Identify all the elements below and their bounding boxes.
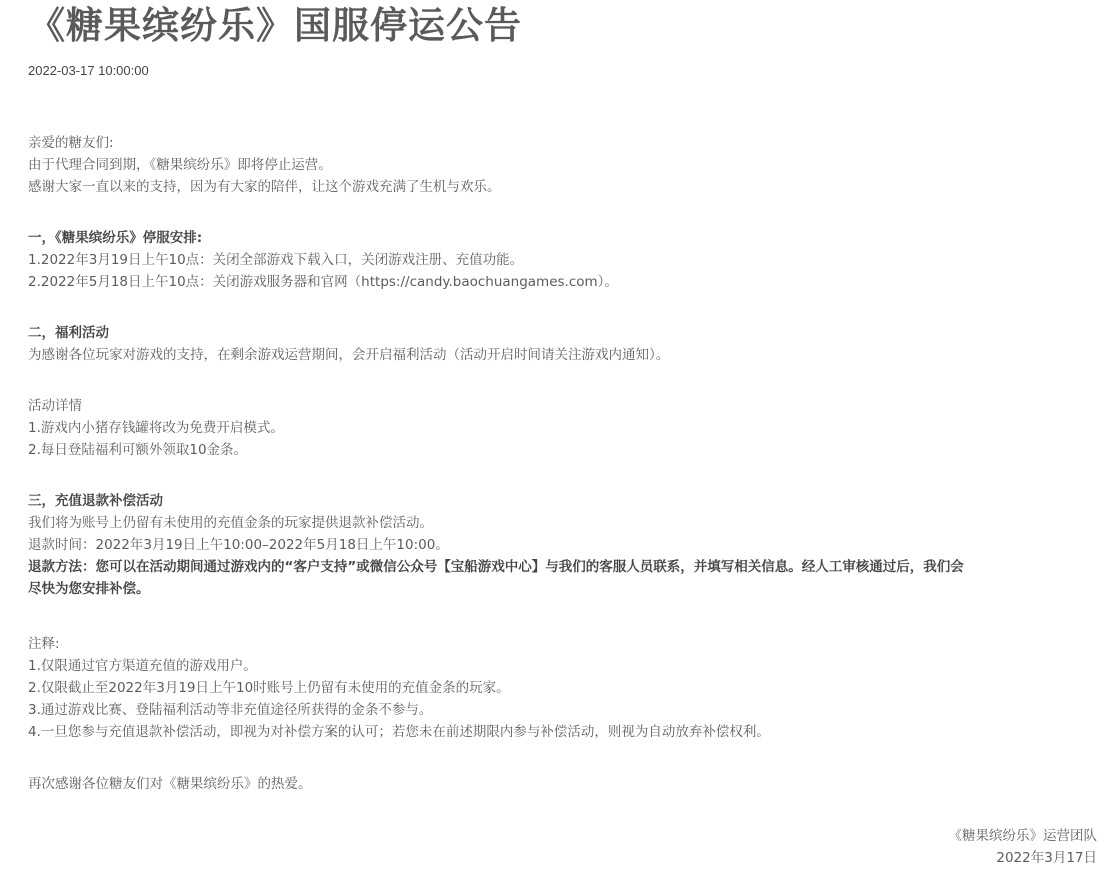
section-1-item: 2.2022年5月18日上午10点：关闭游戏服务器和官网（https://can… [28, 271, 618, 293]
note-item: 4.一旦您参与充值退款补偿活动，即视为对补偿方案的认可；若您未在前述期限内参与补… [28, 721, 770, 743]
section-3-body: 我们将为账号上仍留有未使用的充值金条的玩家提供退款补偿活动。 [28, 512, 433, 534]
note-item: 1.仅限通过官方渠道充值的游戏用户。 [28, 655, 257, 677]
greeting: 亲爱的糖友们: [28, 132, 114, 154]
announcement-page: 《糖果缤纷乐》国服停运公告 2022-03-17 10:00:00 亲爱的糖友们… [0, 0, 1111, 890]
refund-method-line-2: 尽快为您安排补偿。 [28, 578, 150, 600]
refund-method-line-1: 退款方法：您可以在活动期间通过游戏内的“客户支持”或微信公众号【宝船游戏中心】与… [28, 556, 964, 578]
activity-details-label: 活动详情 [28, 395, 82, 417]
section-2-heading: 二，福利活动 [28, 322, 109, 344]
publish-datetime: 2022-03-17 10:00:00 [28, 62, 149, 80]
section-1-item: 1.2022年3月19日上午10点：关闭全部游戏下载入口，关闭游戏注册、充值功能… [28, 249, 523, 271]
section-1-heading: 一，《糖果缤纷乐》停服安排: [28, 227, 202, 249]
closing-line: 再次感谢各位糖友们对《糖果缤纷乐》的热爱。 [28, 773, 312, 795]
activity-detail-item: 2.每日登陆福利可额外领取10金条。 [28, 439, 247, 461]
section-3-heading: 三，充值退款补偿活动 [28, 490, 163, 512]
signature-date: 2022年3月17日 [996, 847, 1097, 869]
intro-line-1: 由于代理合同到期，《糖果缤纷乐》即将停止运营。 [28, 154, 332, 176]
note-item: 3.通过游戏比赛、登陆福利活动等非充值途径所获得的金条不参与。 [28, 699, 432, 721]
page-title: 《糖果缤纷乐》国服停运公告 [28, 2, 522, 50]
section-2-body: 为感谢各位玩家对游戏的支持，在剩余游戏运营期间，会开启福利活动（活动开启时间请关… [28, 344, 669, 366]
refund-time: 退款时间：2022年3月19日上午10:00–2022年5月18日上午10:00… [28, 534, 449, 556]
notes-label: 注释: [28, 633, 60, 655]
note-item: 2.仅限截止至2022年3月19日上午10时账号上仍留有未使用的充值金条的玩家。 [28, 677, 510, 699]
activity-detail-item: 1.游戏内小猪存钱罐将改为免费开启模式。 [28, 417, 284, 439]
signature-team: 《糖果缤纷乐》运营团队 [949, 825, 1098, 847]
intro-line-2: 感谢大家一直以来的支持，因为有大家的陪伴，让这个游戏充满了生机与欢乐。 [28, 176, 501, 198]
